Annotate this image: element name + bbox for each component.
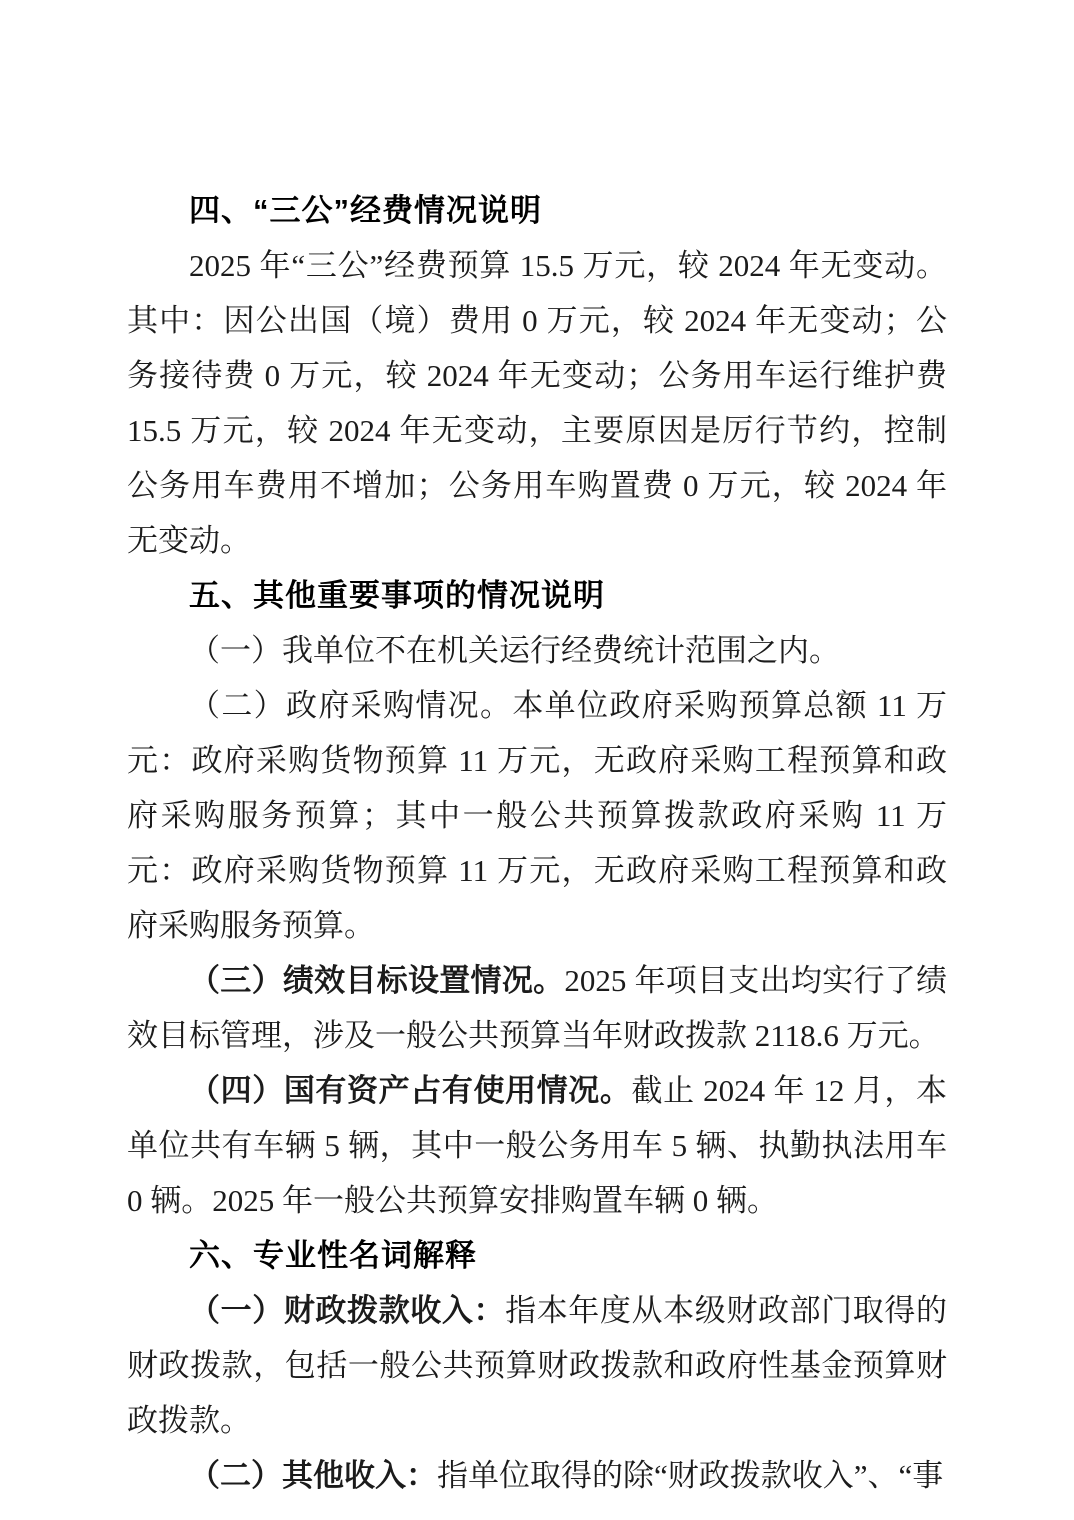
paragraph: 2025 年“三公”经费预算 15.5 万元，较 2024 年无变动。其中：因公…	[127, 238, 947, 568]
paragraph: （一）财政拨款收入：指本年度从本级财政部门取得的财政拨款，包括一般公共预算财政拨…	[127, 1283, 947, 1448]
paragraph-lead: （四）国有资产占有使用情况。	[189, 1073, 632, 1108]
section-three-public-expenses: 四、“三公”经费情况说明 2025 年“三公”经费预算 15.5 万元，较 20…	[127, 183, 947, 568]
section-heading-other-important-matters: 五、其他重要事项的情况说明	[127, 568, 947, 623]
section-heading-three-public-expenses: 四、“三公”经费情况说明	[127, 183, 947, 238]
paragraph: （二）其他收入：指单位取得的除“财政拨款收入”、“事	[127, 1448, 947, 1503]
paragraph-lead: （三）绩效目标设置情况。	[189, 963, 564, 998]
paragraph: （二）政府采购情况。本单位政府采购预算总额 11 万元：政府采购货物预算 11 …	[127, 678, 947, 953]
paragraph-text: 2025 年“三公”经费预算 15.5 万元，较 2024 年无变动。其中：因公…	[127, 248, 947, 558]
section-terminology: 六、专业性名词解释 （一）财政拨款收入：指本年度从本级财政部门取得的财政拨款，包…	[127, 1228, 947, 1503]
document-page: 四、“三公”经费情况说明 2025 年“三公”经费预算 15.5 万元，较 20…	[0, 0, 1074, 1520]
paragraph-lead: （一）财政拨款收入：	[189, 1293, 505, 1328]
paragraph-text: （二）政府采购情况。本单位政府采购预算总额 11 万元：政府采购货物预算 11 …	[127, 688, 947, 943]
section-other-important-matters: 五、其他重要事项的情况说明 （一）我单位不在机关运行经费统计范围之内。 （二）政…	[127, 568, 947, 1228]
paragraph-lead: （二）其他收入：	[189, 1458, 437, 1493]
paragraph-text: 指单位取得的除“财政拨款收入”、“事	[437, 1458, 943, 1493]
paragraph: （四）国有资产占有使用情况。截止 2024 年 12 月，本单位共有车辆 5 辆…	[127, 1063, 947, 1228]
paragraph-text: （一）我单位不在机关运行经费统计范围之内。	[189, 633, 840, 668]
section-heading-terminology: 六、专业性名词解释	[127, 1228, 947, 1283]
paragraph: （三）绩效目标设置情况。2025 年项目支出均实行了绩效目标管理，涉及一般公共预…	[127, 953, 947, 1063]
paragraph: （一）我单位不在机关运行经费统计范围之内。	[127, 623, 947, 678]
document-body: 四、“三公”经费情况说明 2025 年“三公”经费预算 15.5 万元，较 20…	[127, 183, 947, 1503]
